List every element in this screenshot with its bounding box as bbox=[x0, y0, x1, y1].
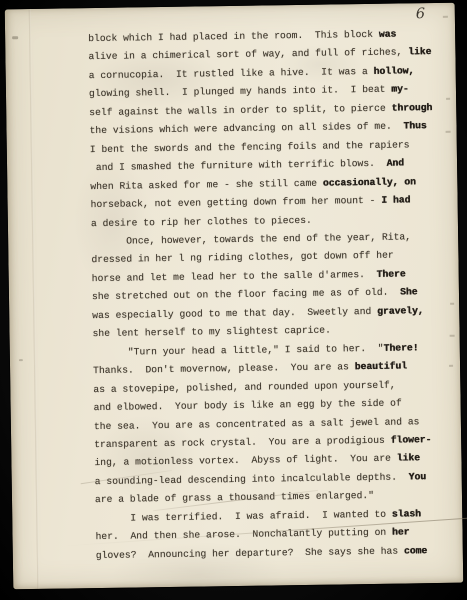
margin-mark bbox=[443, 16, 448, 18]
typewritten-page: 6 block which I had placed in the room. … bbox=[5, 3, 464, 590]
paper-speck bbox=[12, 36, 18, 39]
margin-mark bbox=[450, 335, 455, 337]
margin-mark bbox=[446, 131, 451, 133]
paper-crease-line bbox=[29, 9, 40, 589]
typescript-text: block which I had placed in the room. Th… bbox=[88, 25, 462, 566]
margin-mark bbox=[449, 365, 453, 367]
paper-speck bbox=[19, 359, 23, 361]
page-number: 6 bbox=[416, 6, 425, 22]
margin-mark bbox=[450, 303, 454, 305]
margin-mark bbox=[446, 98, 450, 100]
